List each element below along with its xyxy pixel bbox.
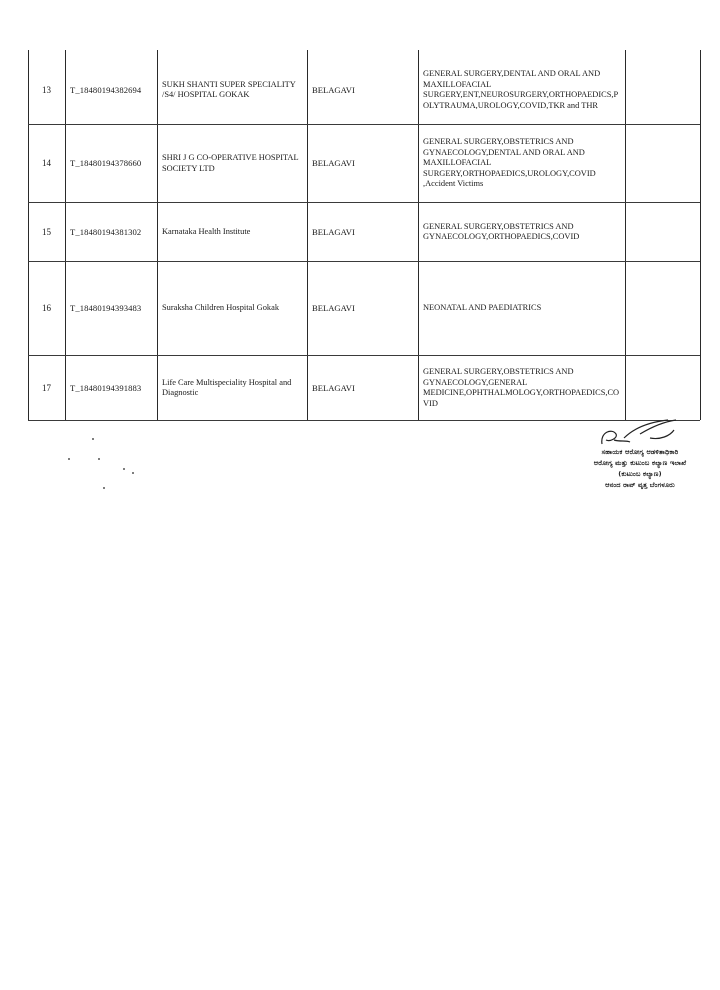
specialities-text: GENERAL SURGERY,OBSTETRICS AND GYNAECOLO… <box>423 222 620 243</box>
table-column-border <box>157 50 158 420</box>
specialities-text: GENERAL SURGERY,DENTAL AND ORAL AND MAXI… <box>423 69 620 111</box>
scan-speck <box>132 472 134 474</box>
scan-speck <box>98 458 100 460</box>
cell-remarks <box>630 203 695 261</box>
table-column-border <box>28 50 29 420</box>
transaction-id-text: T_18480194391883 <box>70 383 141 394</box>
specialities-text: GENERAL SURGERY,OBSTETRICS AND GYNAECOLO… <box>423 367 620 409</box>
table-column-border <box>307 50 308 420</box>
scan-speck <box>68 458 70 460</box>
cell-transaction-id: T_18480194382694 <box>70 56 152 124</box>
signature-icon <box>590 418 700 450</box>
serial-number-text: 17 <box>42 383 51 394</box>
cell-serial-number: 16 <box>33 262 60 355</box>
table-column-border <box>418 50 419 420</box>
serial-number-text: 13 <box>42 85 51 96</box>
cell-district: BELAGAVI <box>312 356 413 420</box>
seal-line-3: (ಕುಟುಂಬ ಕಲ್ಯಾಣ) <box>560 470 720 479</box>
cell-serial-number: 13 <box>33 56 60 124</box>
specialities-text: GENERAL SURGERY,OBSTETRICS AND GYNAECOLO… <box>423 137 620 190</box>
cell-district: BELAGAVI <box>312 56 413 124</box>
scan-speck <box>123 468 125 470</box>
district-text: BELAGAVI <box>312 85 355 96</box>
cell-transaction-id: T_18480194381302 <box>70 203 152 261</box>
hospital-name-text: SUKH SHANTI SUPER SPECIALITY /S4/ HOSPIT… <box>162 80 302 101</box>
district-text: BELAGAVI <box>312 227 355 238</box>
seal-line-2: ಆರೋಗ್ಯ ಮತ್ತು ಕುಟುಂಬ ಕಲ್ಯಾಣ ಇಲಾಖೆ <box>560 459 720 468</box>
transaction-id-text: T_18480194393483 <box>70 303 141 314</box>
cell-transaction-id: T_18480194391883 <box>70 356 152 420</box>
table-column-border <box>65 50 66 420</box>
cell-hospital-name: Karnataka Health Institute <box>162 203 302 261</box>
cell-serial-number: 17 <box>33 356 60 420</box>
hospital-name-text: Life Care Multispeciality Hospital and D… <box>162 378 302 399</box>
district-text: BELAGAVI <box>312 303 355 314</box>
cell-specialities: GENERAL SURGERY,OBSTETRICS AND GYNAECOLO… <box>423 356 620 420</box>
cell-specialities: NEONATAL AND PAEDIATRICS <box>423 262 620 355</box>
district-text: BELAGAVI <box>312 158 355 169</box>
scan-speck <box>92 438 94 440</box>
seal-line-4: ಆನಂದ ರಾವ್ ವೃತ್ತ ಬೆಂಗಳೂರು <box>560 481 720 490</box>
cell-district: BELAGAVI <box>312 262 413 355</box>
cell-remarks <box>630 125 695 202</box>
cell-specialities: GENERAL SURGERY,OBSTETRICS AND GYNAECOLO… <box>423 125 620 202</box>
transaction-id-text: T_18480194378660 <box>70 158 141 169</box>
cell-hospital-name: Life Care Multispeciality Hospital and D… <box>162 356 302 420</box>
district-text: BELAGAVI <box>312 383 355 394</box>
cell-district: BELAGAVI <box>312 203 413 261</box>
hospital-name-text: Suraksha Children Hospital Gokak <box>162 303 279 314</box>
transaction-id-text: T_18480194382694 <box>70 85 141 96</box>
cell-hospital-name: SHRI J G CO-OPERATIVE HOSPITAL SOCIETY L… <box>162 125 302 202</box>
cell-serial-number: 14 <box>33 125 60 202</box>
official-seal: ಸಹಾಯಕ ಆರೋಗ್ಯ ಆಡಳಿತಾಧಿಕಾರಿ ಆರೋಗ್ಯ ಮತ್ತು ಕ… <box>560 418 720 496</box>
cell-transaction-id: T_18480194393483 <box>70 262 152 355</box>
cell-specialities: GENERAL SURGERY,DENTAL AND ORAL AND MAXI… <box>423 56 620 124</box>
cell-remarks <box>630 56 695 124</box>
document-page: 13T_18480194382694SUKH SHANTI SUPER SPEC… <box>0 0 720 990</box>
seal-line-1: ಸಹಾಯಕ ಆರೋಗ್ಯ ಆಡಳಿತಾಧಿಕಾರಿ <box>560 448 720 457</box>
serial-number-text: 15 <box>42 227 51 238</box>
cell-hospital-name: SUKH SHANTI SUPER SPECIALITY /S4/ HOSPIT… <box>162 56 302 124</box>
cell-district: BELAGAVI <box>312 125 413 202</box>
table-column-border <box>700 50 701 420</box>
cell-specialities: GENERAL SURGERY,OBSTETRICS AND GYNAECOLO… <box>423 203 620 261</box>
table-column-border <box>625 50 626 420</box>
hospital-name-text: SHRI J G CO-OPERATIVE HOSPITAL SOCIETY L… <box>162 153 302 174</box>
scan-speck <box>103 487 105 489</box>
cell-transaction-id: T_18480194378660 <box>70 125 152 202</box>
specialities-text: NEONATAL AND PAEDIATRICS <box>423 303 541 314</box>
serial-number-text: 14 <box>42 158 51 169</box>
cell-remarks <box>630 356 695 420</box>
hospital-name-text: Karnataka Health Institute <box>162 227 250 238</box>
transaction-id-text: T_18480194381302 <box>70 227 141 238</box>
cell-hospital-name: Suraksha Children Hospital Gokak <box>162 262 302 355</box>
serial-number-text: 16 <box>42 303 51 314</box>
cell-remarks <box>630 262 695 355</box>
cell-serial-number: 15 <box>33 203 60 261</box>
